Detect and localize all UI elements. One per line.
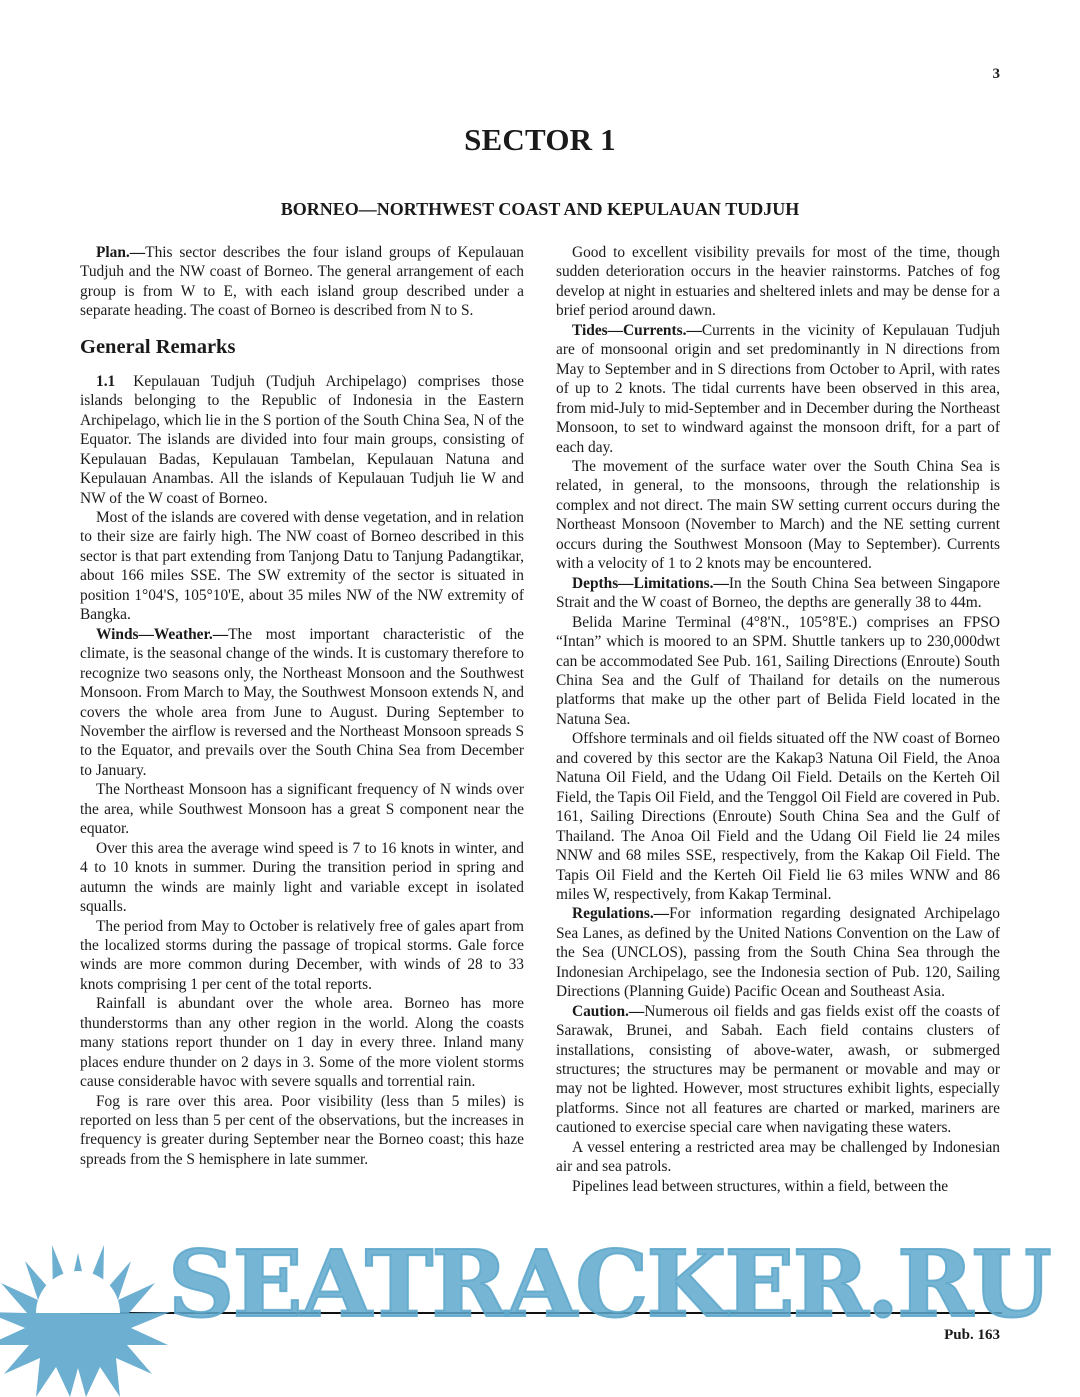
publication-number: Pub. 163 [880, 1327, 1000, 1344]
offshore-paragraph: Offshore terminals and oil fields situat… [556, 729, 1000, 904]
winds-text: The most important characteristic of the… [80, 626, 524, 779]
tides-label: Tides—Currents.— [572, 322, 702, 339]
depths-label: Depths—Limitations.— [572, 575, 729, 592]
caution-text: Numerous oil fields and gas fields exist… [556, 1003, 1000, 1137]
page-number: 3 [980, 66, 1000, 83]
caution-paragraph: Caution.—Numerous oil fields and gas fie… [556, 1002, 1000, 1138]
watermark-text: SEATRACKER.RU [168, 1238, 1050, 1330]
tides-paragraph: Tides—Currents.—Currents in the vicinity… [556, 321, 1000, 457]
left-column: Plan.—This sector describes the four isl… [80, 243, 524, 1169]
fog-paragraph: Fog is rare over this area. Poor visibil… [80, 1092, 524, 1170]
wind-speed-paragraph: Over this area the average wind speed is… [80, 839, 524, 917]
ne-monsoon-paragraph: The Northeast Monsoon has a significant … [80, 780, 524, 838]
restricted-area-paragraph: A vessel entering a restricted area may … [556, 1138, 1000, 1177]
paragraph-1-1-text: Kepulauan Tudjuh (Tudjuh Archipelago) co… [80, 373, 524, 507]
plan-paragraph: Plan.—This sector describes the four isl… [80, 243, 524, 321]
pipelines-paragraph: Pipelines lead between structures, withi… [556, 1177, 1000, 1196]
footer-rule [80, 1312, 1002, 1314]
rainfall-paragraph: Rainfall is abundant over the whole area… [80, 994, 524, 1091]
regulations-label: Regulations.— [572, 905, 669, 922]
sector-subtitle: BORNEO—NORTHWEST COAST AND KEPULAUAN TUD… [0, 199, 1080, 220]
sector-title: SECTOR 1 [0, 122, 1080, 158]
gales-paragraph: The period from May to October is relati… [80, 917, 524, 995]
paragraph-number: 1.1 [96, 373, 115, 390]
plan-text: This sector describes the four island gr… [80, 244, 524, 319]
caution-label: Caution.— [572, 1003, 644, 1020]
right-column: Good to excellent visibility prevails fo… [556, 243, 1000, 1196]
general-remarks-heading: General Remarks [80, 335, 524, 359]
winds-paragraph: Winds—Weather.—The most important charac… [80, 625, 524, 781]
tides-text: Currents in the vicinity of Kepulauan Tu… [556, 322, 1000, 456]
depths-paragraph: Depths—Limitations.—In the South China S… [556, 574, 1000, 613]
belida-paragraph: Belida Marine Terminal (4°8'N., 105°8'E.… [556, 613, 1000, 730]
plan-label: Plan.— [96, 244, 145, 261]
winds-label: Winds—Weather.— [96, 626, 228, 643]
regulations-paragraph: Regulations.—For information regarding d… [556, 904, 1000, 1001]
visibility-paragraph: Good to excellent visibility prevails fo… [556, 243, 1000, 321]
paragraph-1-1: 1.1Kepulauan Tudjuh (Tudjuh Archipelago)… [80, 372, 524, 508]
surface-water-paragraph: The movement of the surface water over t… [556, 457, 1000, 574]
islands-paragraph: Most of the islands are covered with den… [80, 508, 524, 625]
